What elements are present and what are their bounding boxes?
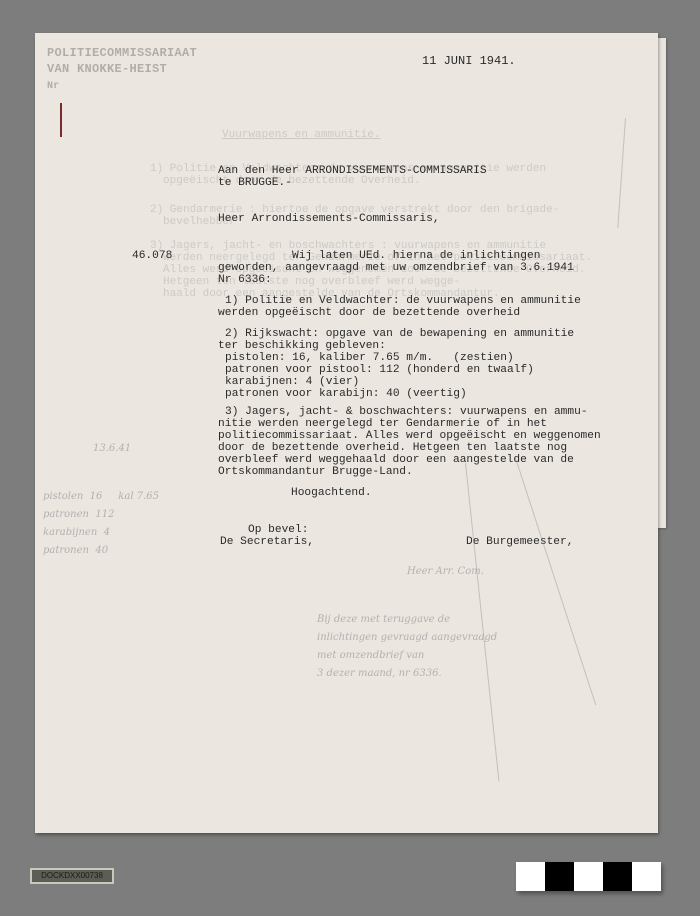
catalog-label: DOCKDXX00738 bbox=[30, 868, 114, 884]
pencil-stroke bbox=[617, 118, 626, 228]
section3-line: nitie werden neergelegd ter Gendarmerie … bbox=[218, 419, 547, 430]
pencil-note-date: 13.6.41 bbox=[93, 440, 131, 458]
section2-line: karabijnen: 4 (vier) bbox=[225, 377, 359, 388]
salutation: Heer Arrondissements-Commissaris, bbox=[218, 214, 440, 225]
section3-line: politiecommissariaat. Alles werd opgeëis… bbox=[218, 431, 601, 442]
section3-line: door de bezettende overheid. Hetgeen ten… bbox=[218, 443, 567, 454]
section2-line: pistolen: 16, kaliber 7.65 m/m. (zestien… bbox=[225, 353, 514, 364]
scale-segment-white bbox=[574, 862, 603, 891]
pencil-note-right: Bij deze met teruggave de inlichtingen g… bbox=[317, 611, 497, 683]
addressee-line1: Aan den Heer ARRONDISSEMENTS-COMMISSARIS bbox=[218, 166, 487, 177]
letter-page: POLITIECOMMISSARIAAT VAN KNOKKE-HEIST Nr… bbox=[35, 33, 658, 833]
letterhead-line2: VAN KNOKKE-HEIST bbox=[47, 62, 167, 76]
reference-number: 46.078 bbox=[132, 251, 172, 262]
section2-line: patronen voor pistool: 112 (honderd en t… bbox=[225, 365, 534, 376]
ghost-heading: Vuurwapens en ammunitie. bbox=[222, 130, 380, 141]
scale-segment-white bbox=[632, 862, 661, 891]
scale-segment-white bbox=[516, 862, 545, 891]
letterhead-stamp: POLITIECOMMISSARIAAT VAN KNOKKE-HEIST Nr bbox=[47, 45, 197, 95]
red-margin-mark bbox=[60, 103, 62, 137]
letterhead-line1: POLITIECOMMISSARIAAT bbox=[47, 46, 197, 60]
pencil-stroke bbox=[515, 458, 596, 706]
scale-segment-black bbox=[545, 862, 574, 891]
signature-order: Op bevel: bbox=[248, 525, 308, 536]
section2-line: patronen voor karabijn: 40 (veertig) bbox=[225, 389, 467, 400]
color-scale-bar bbox=[516, 862, 661, 891]
signature-mayor: De Burgemeester, bbox=[466, 537, 573, 548]
scale-segment-black bbox=[603, 862, 632, 891]
ghost-line: Hetgeen ten laatste nog overbleef werd w… bbox=[163, 277, 460, 288]
section3-line: Ortskommandantur Brugge-Land. bbox=[218, 467, 413, 478]
intro-line: Wij laten UEd. hierna de inlichtingen bbox=[292, 251, 540, 262]
closing: Hoogachtend. bbox=[291, 488, 372, 499]
section2-line: 2) Rijkswacht: opgave van de bewapening … bbox=[225, 329, 574, 340]
pencil-note-left: pistolen 16 kal 7.65 patronen 112 karabi… bbox=[43, 488, 159, 560]
section3-line: overbleef werd weggehaald door een aange… bbox=[218, 455, 574, 466]
addressee-line2: te BRUGGE.- bbox=[218, 178, 292, 189]
section1-line: werden opgeëischt door de bezettende ove… bbox=[218, 308, 520, 319]
section1-line: 1) Politie en Veldwachter: de vuurwapens… bbox=[225, 296, 581, 307]
section2-line: ter beschikking gebleven: bbox=[218, 341, 386, 352]
letter-date: 11 JUNI 1941. bbox=[422, 56, 516, 67]
signature-secretary: De Secretaris, bbox=[220, 537, 314, 548]
intro-line: Nr 6336: bbox=[218, 275, 272, 286]
letterhead-number-label: Nr bbox=[47, 81, 60, 92]
section3-line: 3) Jagers, jacht- & boschwachters: vuurw… bbox=[225, 407, 588, 418]
pencil-note-right-header: Heer Arr. Com. bbox=[407, 563, 484, 581]
intro-line: geworden, aangevraagd met uw omzendbrief… bbox=[218, 263, 574, 274]
